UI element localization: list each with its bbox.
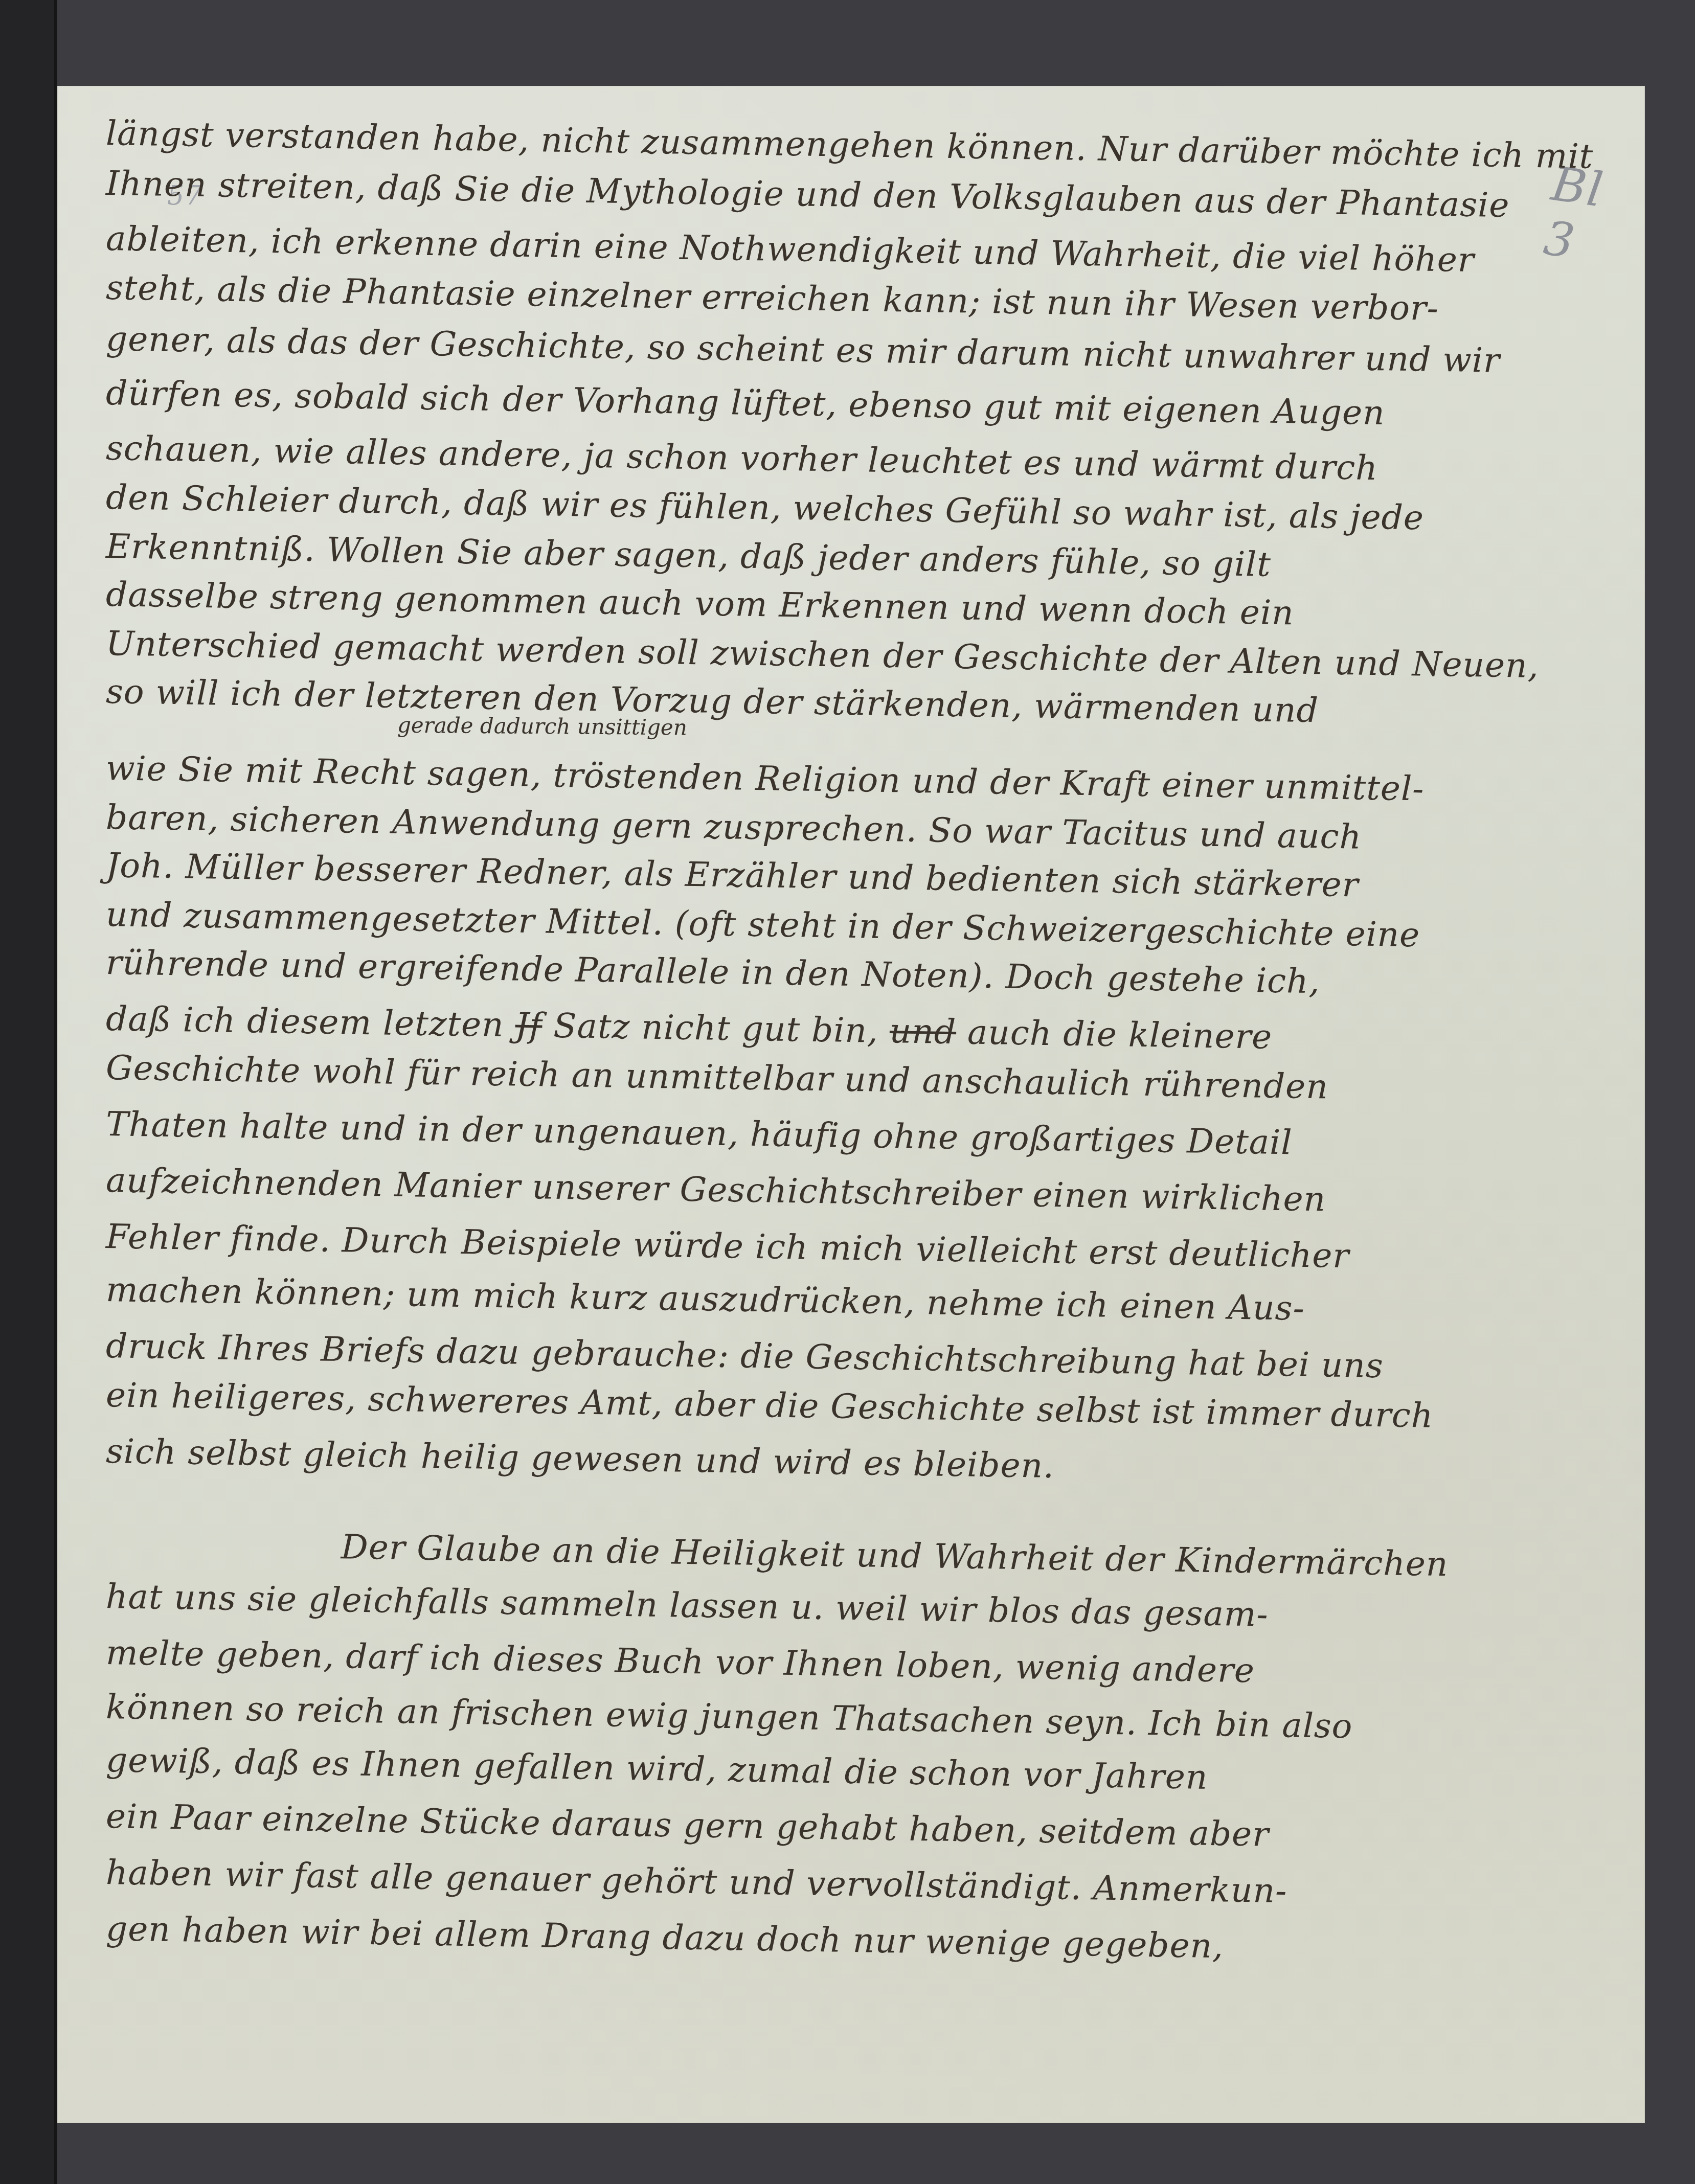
struck-word-jf: Jf (515, 1006, 543, 1045)
manuscript-line-4: steht, als die Phantasie einzelner errei… (105, 271, 1439, 326)
manuscript-line-20: Thaten halte und in der ungenauen, häufi… (105, 1107, 1292, 1159)
line18-text-b: Satz nicht gut bin, (542, 1006, 890, 1051)
manuscript-line-5: gener, als das der Geschichte, so schein… (105, 322, 1500, 378)
manuscript-line-33: haben wir fast alle genauer gehört und v… (105, 1856, 1287, 1908)
manuscript-line-18: daß ich diesem letzten Jf Satz nicht gut… (105, 1002, 1272, 1054)
manuscript-page: 57 Bl 3 längst verstanden habe, nicht zu… (57, 86, 1645, 2123)
manuscript-line-11: Unterschied gemacht werden soll zwischen… (105, 627, 1539, 683)
manuscript-line-28: hat uns sie gleichfalls sammeln lassen u… (105, 1580, 1269, 1632)
manuscript-line-23: machen können; um mich kurz auszudrücken… (105, 1273, 1305, 1326)
manuscript-line-15: Joh. Müller besserer Redner, als Erzähle… (105, 849, 1359, 902)
manuscript-line-2: Ihnen streiten, daß Sie die Mythologie u… (105, 167, 1509, 222)
manuscript-line-3: ableiten, ich erkenne darin eine Nothwen… (105, 222, 1474, 277)
manuscript-line-25: ein heiligeres, schwereres Amt, aber die… (105, 1378, 1433, 1433)
manuscript-line-30: können so reich an frischen ewig jungen … (105, 1690, 1352, 1743)
manuscript-line-26: sich selbst gleich heilig gewesen und wi… (105, 1435, 1054, 1483)
interlinear-insertion: gerade dadurch unsittigen (397, 713, 687, 740)
manuscript-line-24: druck Ihres Briefs dazu gebrauche: die G… (105, 1329, 1384, 1383)
manuscript-line-17: rührende und ergreifende Parallele in de… (105, 946, 1320, 998)
manuscript-line-32: ein Paar einzelne Stücke daraus gern geh… (105, 1800, 1269, 1852)
line18-text-c: auch die kleinere (956, 1012, 1273, 1057)
manuscript-line-8: den Schleier durch, daß wir es fühlen, w… (105, 481, 1424, 535)
manuscript-line-12: so will ich der letzteren den Vorzug der… (105, 675, 1319, 727)
manuscript-line-9: Erkenntniß. Wollen Sie aber sagen, daß j… (105, 530, 1271, 582)
manuscript-line-6: dürfen es, sobald sich der Vorhang lüfte… (105, 376, 1385, 430)
manuscript-line-27-paragraph-start: Der Glaube an die Heiligkeit und Wahrhei… (105, 1527, 1448, 1581)
manuscript-line-22: Fehler finde. Durch Beispiele würde ich … (105, 1220, 1349, 1273)
manuscript-line-16: und zusammengesetzter Mittel. (oft steht… (105, 898, 1420, 952)
manuscript-line-34: gen haben wir bei allem Drang dazu doch … (105, 1912, 1224, 1963)
struck-word-und: und (889, 1011, 956, 1052)
manuscript-line-31: gewiß, daß es Ihnen gefallen wird, zumal… (105, 1743, 1208, 1794)
manuscript-line-1: längst verstanden habe, nicht zusammenge… (105, 117, 1593, 174)
manuscript-line-7: schauen, wie alles andere, ja schon vorh… (105, 431, 1378, 485)
binding-strip (0, 0, 57, 2184)
line18-text-a: daß ich diesem letzten (105, 999, 515, 1045)
manuscript-line-10: dasselbe streng genommen auch vom Erkenn… (105, 578, 1294, 630)
manuscript-line-19: Geschichte wohl für reich an unmittelbar… (105, 1051, 1328, 1104)
manuscript-line-21: aufzeichnenden Manier unserer Geschichts… (105, 1164, 1326, 1216)
manuscript-line-29: melte geben, darf ich dieses Buch vor Ih… (105, 1636, 1255, 1688)
manuscript-line-13: wie Sie mit Recht sagen, tröstenden Reli… (105, 752, 1424, 806)
manuscript-line-14: baren, sicheren Anwendung gern zuspreche… (105, 801, 1362, 854)
